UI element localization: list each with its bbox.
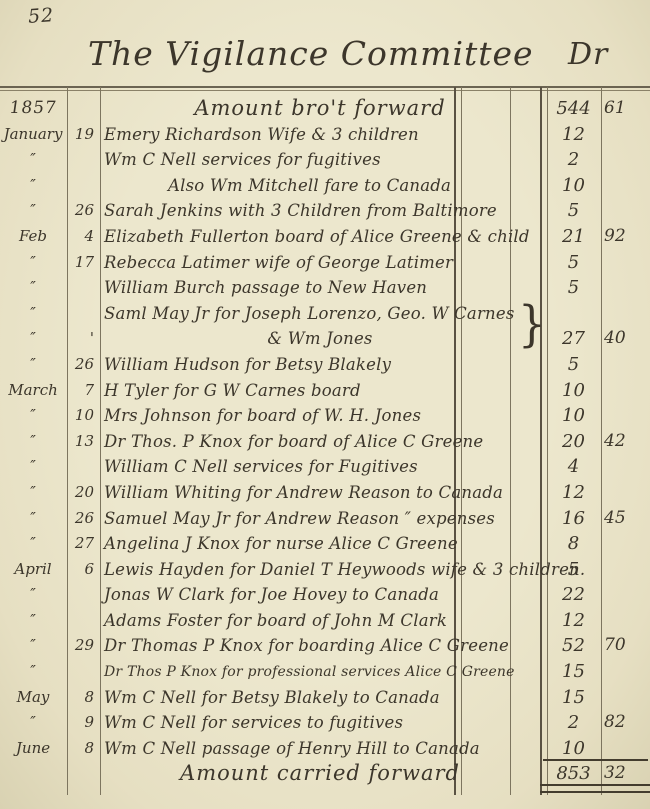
cents-cell xyxy=(604,659,648,685)
cents-cell xyxy=(604,582,648,608)
day-cell xyxy=(66,173,98,199)
ledger-row: ″27Angelina J Knox for nurse Alice C Gre… xyxy=(0,531,650,557)
total-double-rule xyxy=(540,784,650,793)
cents-cell xyxy=(604,480,648,506)
cents-cell: 42 xyxy=(604,429,648,455)
day-cell: 20 xyxy=(66,480,98,506)
dollars-cell: 27 xyxy=(547,326,600,352)
day-cell: 7 xyxy=(66,378,98,404)
ledger-page: 52 The Vigilance Committee Dr 1857Amount… xyxy=(0,0,650,809)
description-cell: William Burch passage to New Haven xyxy=(104,275,427,301)
description-cell: Amount carried forward xyxy=(100,761,540,787)
dollars-cell: 4 xyxy=(547,454,600,480)
cents-cell xyxy=(604,454,648,480)
dollars-cell: 20 xyxy=(547,429,600,455)
description-cell: Wm C Nell services for fugitives xyxy=(104,147,381,173)
month-cell: January xyxy=(0,122,66,148)
ledger-row: March7H Tyler for G W Carnes board10 xyxy=(0,378,650,404)
month-cell: March xyxy=(0,378,66,404)
description-cell: Dr Thos P Knox for professional services… xyxy=(104,659,515,685)
day-cell: 26 xyxy=(66,198,98,224)
month-cell: ″ xyxy=(0,480,66,506)
ledger-row: June8Wm C Nell passage of Henry Hill to … xyxy=(0,736,650,762)
description-cell: William C Nell services for Fugitives xyxy=(104,454,418,480)
dollars-cell: 10 xyxy=(547,378,600,404)
ledger-row: ″Also Wm Mitchell fare to Canada10 xyxy=(0,173,650,199)
ledger-row: April6Lewis Hayden for Daniel T Heywoods… xyxy=(0,557,650,583)
month-cell: April xyxy=(0,557,66,583)
month-cell: ″ xyxy=(0,454,66,480)
dollars-cell: 10 xyxy=(547,736,600,762)
description-cell: Jonas W Clark for Joe Hovey to Canada xyxy=(104,582,439,608)
day-cell: 8 xyxy=(66,736,98,762)
description-cell: Mrs Johnson for board of W. H. Jones xyxy=(104,403,421,429)
dollars-cell: 5 xyxy=(547,275,600,301)
month-cell: Feb xyxy=(0,224,66,250)
ledger-row: ″26William Hudson for Betsy Blakely5 xyxy=(0,352,650,378)
day-cell: 13 xyxy=(66,429,98,455)
day-cell xyxy=(66,761,98,787)
day-cell xyxy=(66,582,98,608)
month-cell: ″ xyxy=(0,326,66,352)
day-cell xyxy=(66,659,98,685)
cents-cell xyxy=(604,147,648,173)
month-cell: ″ xyxy=(0,301,66,327)
day-cell: ' xyxy=(66,326,98,352)
month-cell: 1857 xyxy=(0,96,68,122)
cents-cell xyxy=(604,403,648,429)
cents-cell xyxy=(604,736,648,762)
cents-cell: 82 xyxy=(604,710,648,736)
description-cell: Dr Thomas P Knox for boarding Alice C Gr… xyxy=(104,633,509,659)
ledger-row: ″10Mrs Johnson for board of W. H. Jones1… xyxy=(0,403,650,429)
ledger-row: ″Saml May Jr for Joseph Lorenzo, Geo. W … xyxy=(0,301,650,327)
cents-cell xyxy=(604,275,648,301)
month-cell: ″ xyxy=(0,173,66,199)
ledger-row: ″William C Nell services for Fugitives4 xyxy=(0,454,650,480)
description-cell: Angelina J Knox for nurse Alice C Greene xyxy=(104,531,458,557)
ledger-row: ″Wm C Nell services for fugitives2 xyxy=(0,147,650,173)
cents-cell xyxy=(604,352,648,378)
dollars-cell: 5 xyxy=(547,557,600,583)
day-cell: 4 xyxy=(66,224,98,250)
day-cell: 17 xyxy=(66,250,98,276)
month-cell: ″ xyxy=(0,659,66,685)
month-cell: June xyxy=(0,736,66,762)
month-cell: ″ xyxy=(0,147,66,173)
month-cell: ″ xyxy=(0,403,66,429)
cents-cell xyxy=(604,608,648,634)
ledger-row: ″29Dr Thomas P Knox for boarding Alice C… xyxy=(0,633,650,659)
table-top-rule-inner xyxy=(0,90,650,91)
ledger-row: ″26Sarah Jenkins with 3 Children from Ba… xyxy=(0,198,650,224)
ledger-row: ″20William Whiting for Andrew Reason to … xyxy=(0,480,650,506)
month-cell: ″ xyxy=(0,198,66,224)
day-cell: 9 xyxy=(66,710,98,736)
dollars-cell: 21 xyxy=(547,224,600,250)
description-cell: Also Wm Mitchell fare to Canada xyxy=(168,173,451,199)
month-cell: ″ xyxy=(0,582,66,608)
description-cell: Wm C Nell for Betsy Blakely to Canada xyxy=(104,685,440,711)
description-cell: Saml May Jr for Joseph Lorenzo, Geo. W C… xyxy=(104,301,515,327)
month-cell: ″ xyxy=(0,608,66,634)
description-cell: Wm C Nell for services to fugitives xyxy=(104,710,403,736)
description-cell: William Whiting for Andrew Reason to Can… xyxy=(104,480,503,506)
cents-cell xyxy=(604,557,648,583)
dollars-cell: 8 xyxy=(547,531,600,557)
dollars-cell: 5 xyxy=(547,250,600,276)
ledger-row: ″17Rebecca Latimer wife of George Latime… xyxy=(0,250,650,276)
description-cell: Wm C Nell passage of Henry Hill to Canad… xyxy=(104,736,480,762)
description-cell: Samuel May Jr for Andrew Reason ″ expens… xyxy=(104,506,495,532)
ledger-row: Amount carried forward85332 xyxy=(0,761,650,787)
description-cell: Adams Foster for board of John M Clark xyxy=(104,608,447,634)
ledger-row: 1857Amount bro't forward54461 xyxy=(0,96,650,122)
dollars-cell: 12 xyxy=(547,480,600,506)
ledger-title-row: The Vigilance Committee Dr xyxy=(0,34,650,86)
ledger-row: ″Adams Foster for board of John M Clark1… xyxy=(0,608,650,634)
day-cell: 8 xyxy=(66,685,98,711)
description-cell: Dr Thos. P Knox for board of Alice C Gre… xyxy=(104,429,483,455)
dollars-cell: 544 xyxy=(547,96,600,122)
ledger-row: ″Dr Thos P Knox for professional service… xyxy=(0,659,650,685)
dollars-cell: 22 xyxy=(547,582,600,608)
ledger-row: Feb4Elizabeth Fullerton board of Alice G… xyxy=(0,224,650,250)
ledger-title: The Vigilance Committee xyxy=(88,34,534,73)
day-cell xyxy=(66,608,98,634)
day-cell: 29 xyxy=(66,633,98,659)
month-cell: ″ xyxy=(0,506,66,532)
description-cell: Elizabeth Fullerton board of Alice Green… xyxy=(104,224,530,250)
ledger-row: ″9Wm C Nell for services to fugitives282 xyxy=(0,710,650,736)
page-number: 52 xyxy=(27,4,55,28)
cents-cell xyxy=(604,378,648,404)
day-cell xyxy=(66,96,98,122)
month-cell: ″ xyxy=(0,352,66,378)
day-cell xyxy=(66,275,98,301)
day-cell xyxy=(66,301,98,327)
description-cell: Amount bro't forward xyxy=(100,96,540,122)
day-cell xyxy=(66,454,98,480)
ledger-rows: 1857Amount bro't forward54461January19Em… xyxy=(0,96,650,787)
month-cell: ″ xyxy=(0,250,66,276)
description-cell: William Hudson for Betsy Blakely xyxy=(104,352,391,378)
cents-cell: 40 xyxy=(604,326,648,352)
ledger-row: ″William Burch passage to New Haven5 xyxy=(0,275,650,301)
day-cell: 27 xyxy=(66,531,98,557)
day-cell: 26 xyxy=(66,352,98,378)
cents-cell: 92 xyxy=(604,224,648,250)
dollars-cell: 12 xyxy=(547,122,600,148)
dollars-cell: 15 xyxy=(547,685,600,711)
ledger-row: January19Emery Richardson Wife & 3 child… xyxy=(0,122,650,148)
cents-cell xyxy=(604,122,648,148)
dollars-cell: 15 xyxy=(547,659,600,685)
description-cell: Rebecca Latimer wife of George Latimer xyxy=(104,250,453,276)
dollars-cell: 52 xyxy=(547,633,600,659)
ledger-row: ″13Dr Thos. P Knox for board of Alice C … xyxy=(0,429,650,455)
description-cell: H Tyler for G W Carnes board xyxy=(104,378,361,404)
description-cell: Lewis Hayden for Daniel T Heywoods wife … xyxy=(104,557,585,583)
day-cell: 19 xyxy=(66,122,98,148)
cents-cell xyxy=(604,531,648,557)
cents-cell xyxy=(604,301,648,327)
day-cell: 10 xyxy=(66,403,98,429)
cents-cell xyxy=(604,173,648,199)
month-cell: ″ xyxy=(0,633,66,659)
month-cell: ″ xyxy=(0,275,66,301)
dollars-cell xyxy=(547,301,600,327)
cents-cell xyxy=(604,685,648,711)
month-cell xyxy=(0,761,66,787)
month-cell: ″ xyxy=(0,429,66,455)
day-cell: 6 xyxy=(66,557,98,583)
month-cell: ″ xyxy=(0,710,66,736)
cents-cell xyxy=(604,250,648,276)
description-cell: Sarah Jenkins with 3 Children from Balti… xyxy=(104,198,497,224)
ledger-row: ″Jonas W Clark for Joe Hovey to Canada22 xyxy=(0,582,650,608)
description-cell: Emery Richardson Wife & 3 children xyxy=(104,122,419,148)
subtotal-rule xyxy=(543,759,648,761)
cents-cell xyxy=(604,198,648,224)
ledger-row: May8Wm C Nell for Betsy Blakely to Canad… xyxy=(0,685,650,711)
month-cell: May xyxy=(0,685,66,711)
table-top-rule xyxy=(0,86,650,88)
ledger-row: ″'& Wm Jones2740 xyxy=(0,326,650,352)
ledger-row: ″26Samuel May Jr for Andrew Reason ″ exp… xyxy=(0,506,650,532)
dollars-cell: 16 xyxy=(547,506,600,532)
dollars-cell: 2 xyxy=(547,147,600,173)
dollars-cell: 5 xyxy=(547,198,600,224)
dollars-cell: 5 xyxy=(547,352,600,378)
cents-cell: 61 xyxy=(604,96,648,122)
cents-cell: 70 xyxy=(604,633,648,659)
dollars-cell: 10 xyxy=(547,173,600,199)
debit-label: Dr xyxy=(568,37,608,72)
month-cell: ″ xyxy=(0,531,66,557)
cents-cell: 45 xyxy=(604,506,648,532)
day-cell xyxy=(66,147,98,173)
dollars-cell: 2 xyxy=(547,710,600,736)
dollars-cell: 12 xyxy=(547,608,600,634)
day-cell: 26 xyxy=(66,506,98,532)
dollars-cell: 10 xyxy=(547,403,600,429)
grouping-brace: } xyxy=(518,296,546,353)
description-cell: & Wm Jones xyxy=(100,326,540,352)
